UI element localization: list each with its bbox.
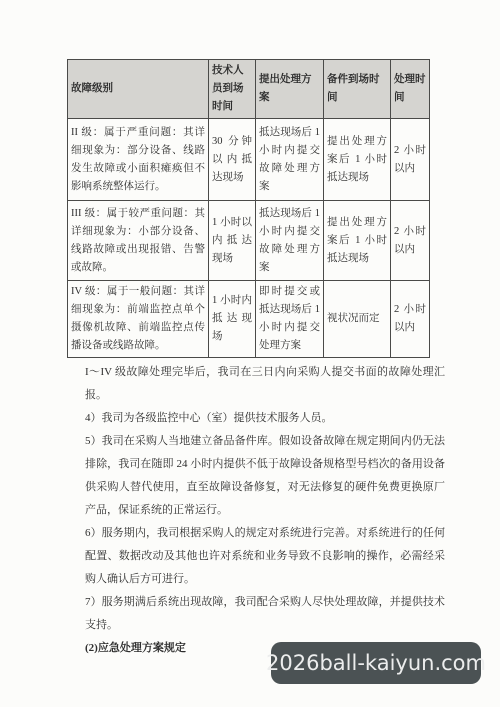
watermark-text: 2026ball-kaiyun.com	[266, 651, 486, 675]
cell-tech-arrival: 1 小时以内抵达现场	[209, 201, 256, 281]
header-handle-time: 处理时间	[391, 60, 430, 119]
paragraph-item-4: 4）我司为各级监控中心（室）提供技术服务人员。	[85, 407, 445, 430]
header-fault-level: 故障级别	[68, 60, 209, 119]
body-text: I～IV 级故障处理完毕后，我司在三日内向采购人提交书面的故障处理汇报。 4）我…	[85, 361, 445, 660]
cell-parts-arrival: 视状况而定	[324, 281, 391, 358]
cell-level-desc: III 级：属于较严重问题：其详细现象为：小部分设备、线路故障或出现报错、告警或…	[68, 201, 209, 281]
cell-solution: 抵达现场后 1 小时内提交故障处理方案	[256, 201, 324, 281]
cell-handle-time: 2 小时以内	[391, 119, 430, 201]
watermark-badge[interactable]: 2026ball-kaiyun.com	[271, 642, 481, 684]
header-parts-arrival-time: 备件到场时间	[324, 60, 391, 119]
header-tech-arrival-time: 技术人员到场时间	[209, 60, 256, 119]
cell-level-desc: IV 级：属于一般问题：其详细现象为：前端监控点单个摄像机故障、前端监控点传播设…	[68, 281, 209, 358]
table-header-row: 故障级别 技术人员到场时间 提出处理方案 备件到场时间 处理时间	[68, 60, 430, 119]
cell-handle-time: 2 小时以内	[391, 201, 430, 281]
paragraph-item-5: 5）我司在采购人当地建立备品备件库。假如设备故障在规定期间内仍无法排除，我司在随…	[85, 430, 445, 522]
cell-tech-arrival: 30 分钟以内抵达现场	[209, 119, 256, 201]
header-solution-proposal: 提出处理方案	[256, 60, 324, 119]
cell-parts-arrival: 提出处理方案后 1 小时抵达现场	[324, 119, 391, 201]
fault-level-table: 故障级别 技术人员到场时间 提出处理方案 备件到场时间 处理时间 II 级：属于…	[67, 59, 430, 358]
paragraph-item-7: 7）服务期满后系统出现故障，我司配合采购人尽快处理故障，并提供技术支持。	[85, 591, 445, 637]
document-page: 故障级别 技术人员到场时间 提出处理方案 备件到场时间 处理时间 II 级：属于…	[0, 0, 500, 707]
cell-solution: 即时提交或抵达现场后 1 小时内提交处理方案	[256, 281, 324, 358]
cell-solution: 抵达现场后 1 小时内提交故障处理方案	[256, 119, 324, 201]
cell-tech-arrival: 1 小时内抵达现场	[209, 281, 256, 358]
table-row-level-4: IV 级：属于一般问题：其详细现象为：前端监控点单个摄像机故障、前端监控点传播设…	[68, 281, 430, 358]
paragraph-item-6: 6）服务期内，我司根据采购人的规定对系统进行完善。对系统进行的任何配置、数据改动…	[85, 522, 445, 591]
cell-handle-time: 2 小时以内	[391, 281, 430, 358]
cell-parts-arrival: 提出处理方案后 1 小时抵达现场	[324, 201, 391, 281]
paragraph-fault-report: I～IV 级故障处理完毕后，我司在三日内向采购人提交书面的故障处理汇报。	[85, 361, 445, 407]
table-row-level-3: III 级：属于较严重问题：其详细现象为：小部分设备、线路故障或出现报错、告警或…	[68, 201, 430, 281]
cell-level-desc: II 级：属于严重问题：其详细现象为：部分设备、线路发生故障或小面积瘫痪但不影响…	[68, 119, 209, 201]
table-row-level-2: II 级：属于严重问题：其详细现象为：部分设备、线路发生故障或小面积瘫痪但不影响…	[68, 119, 430, 201]
